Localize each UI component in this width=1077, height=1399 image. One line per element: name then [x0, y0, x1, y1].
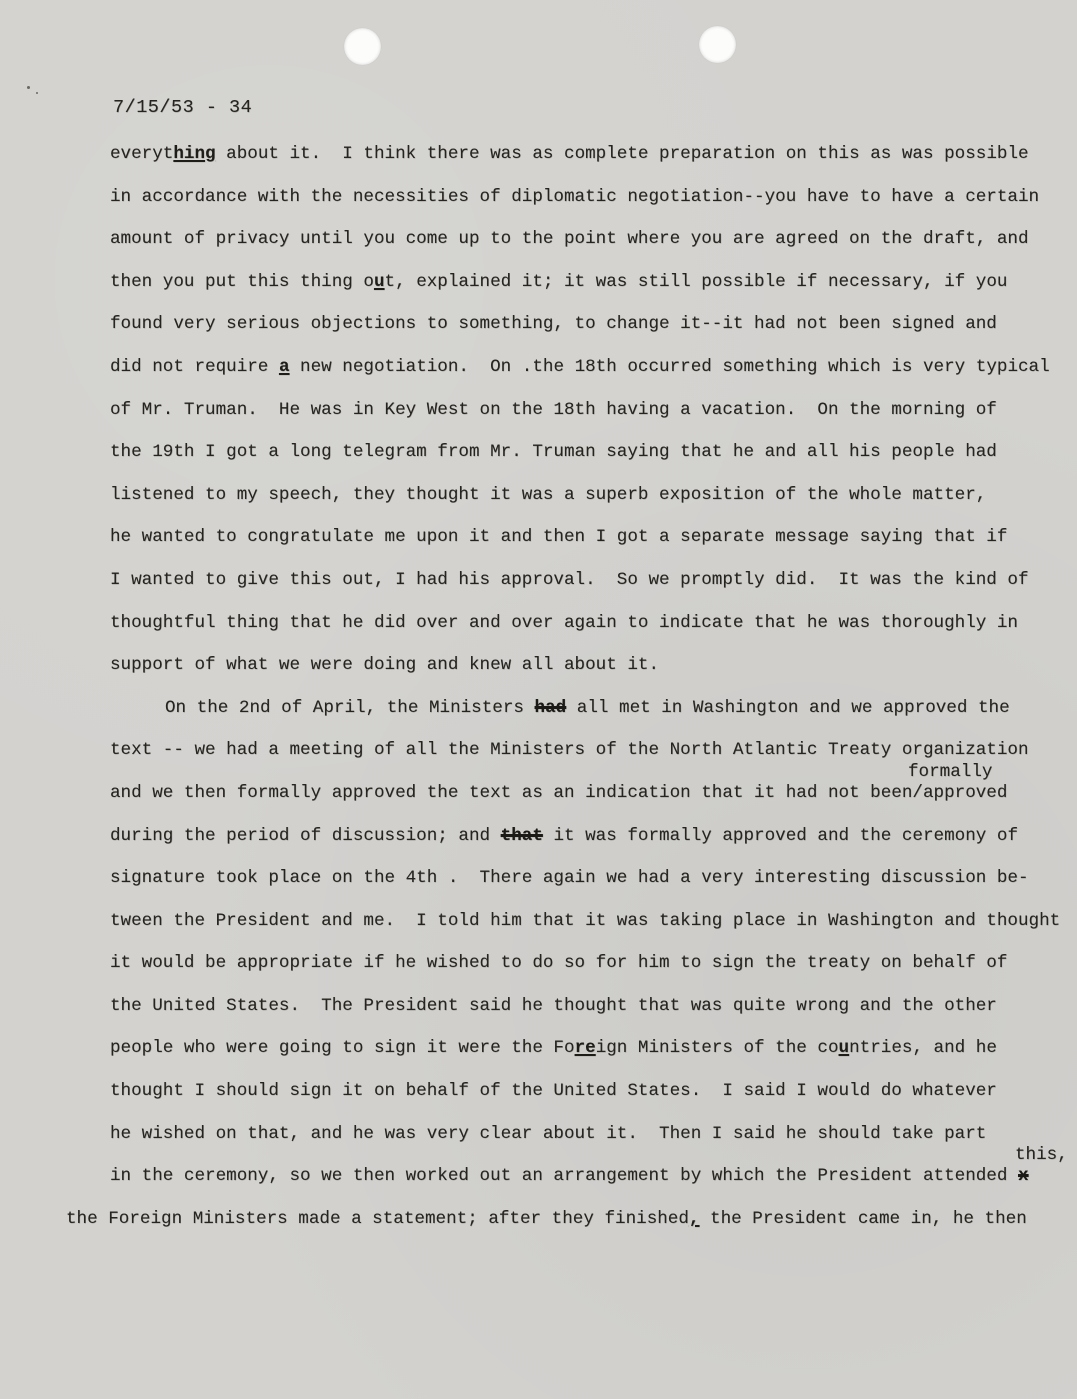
typed-text: people who were going to sign it were th…: [110, 1038, 575, 1058]
overstruck-text: hing: [173, 144, 215, 164]
text-line: then you put this thing out, explained i…: [110, 261, 1070, 304]
typed-text: all met in Washington and we approved th…: [566, 698, 1009, 718]
text-line: thought I should sign it on behalf of th…: [110, 1070, 1070, 1113]
struck-out-text: had: [535, 698, 567, 718]
overstruck-text: a: [279, 357, 290, 377]
typed-text: in accordance with the necessities of di…: [110, 187, 1039, 207]
text-line: amount of privacy until you come up to t…: [110, 218, 1070, 261]
typed-text: ign Ministers of the co: [596, 1038, 839, 1058]
typed-text: I wanted to give this out, I had his app…: [110, 570, 1029, 590]
paper-speck: [27, 86, 30, 89]
text-line: thoughtful thing that he did over and ov…: [110, 602, 1070, 645]
typed-text: t, explained it; it was still possible i…: [385, 272, 1008, 292]
punch-hole: [699, 26, 736, 63]
punch-hole: [344, 28, 381, 65]
text-line: in accordance with the necessities of di…: [110, 176, 1070, 219]
overstruck-text: ,: [689, 1209, 700, 1229]
typed-text: and we then formally approved the text a…: [110, 783, 1007, 803]
typed-text: support of what we were doing and knew a…: [110, 655, 659, 675]
typed-text: the United States. The President said he…: [110, 996, 997, 1016]
document-page: 7/15/53 - 34 everything about it. I thin…: [0, 0, 1077, 1399]
typed-text: the 19th I got a long telegram from Mr. …: [110, 442, 997, 462]
page-header-date-page-number: 7/15/53 - 34: [113, 97, 252, 118]
paper-speck: [36, 92, 38, 94]
struck-out-text: that: [501, 826, 543, 846]
typed-text: found very serious objections to somethi…: [110, 314, 997, 334]
typed-text: of Mr. Truman. He was in Key West on the…: [110, 400, 997, 420]
typed-text: new negotiation. On .the 18th occurred s…: [290, 357, 1050, 377]
typed-text: it would be appropriate if he wished to …: [110, 953, 1007, 973]
text-line: of Mr. Truman. He was in Key West on the…: [110, 389, 1070, 432]
typed-text: signature took place on the 4th . There …: [110, 868, 1029, 888]
typed-text: he wanted to congratulate me upon it and…: [110, 527, 1007, 547]
text-line: signature took place on the 4th . There …: [110, 857, 1070, 900]
text-line: found very serious objections to somethi…: [110, 303, 1070, 346]
typed-text: On the 2nd of April, the Ministers: [165, 698, 535, 718]
typed-text: then you put this thing o: [110, 272, 374, 292]
document-body: everything about it. I think there was a…: [110, 133, 1070, 1240]
overstruck-text: u: [839, 1038, 850, 1058]
overstruck-text: re: [575, 1038, 596, 1058]
text-line: in the ceremony, so we then worked out a…: [110, 1155, 1070, 1198]
typed-text: text -- we had a meeting of all the Mini…: [110, 740, 1029, 760]
typed-text: listened to my speech, they thought it w…: [110, 485, 986, 505]
text-line: listened to my speech, they thought it w…: [110, 474, 1070, 517]
typed-text: it was formally approved and the ceremon…: [543, 826, 1018, 846]
text-line: everything about it. I think there was a…: [110, 133, 1070, 176]
typed-text: thought I should sign it on behalf of th…: [110, 1081, 997, 1101]
typed-text: the Foreign Ministers made a statement; …: [66, 1209, 689, 1229]
text-line: the Foreign Ministers made a statement; …: [66, 1198, 1070, 1241]
text-line: people who were going to sign it were th…: [110, 1027, 1070, 1070]
text-line: tween the President and me. I told him t…: [110, 900, 1070, 943]
text-line: he wished on that, and he was very clear…: [110, 1113, 1070, 1156]
typed-text: thoughtful thing that he did over and ov…: [110, 613, 1018, 633]
typed-text: about it. I think there was as complete …: [216, 144, 1029, 164]
typed-text: tween the President and me. I told him t…: [110, 911, 1060, 931]
text-line: he wanted to congratulate me upon it and…: [110, 516, 1070, 559]
typed-text: he wished on that, and he was very clear…: [110, 1124, 986, 1144]
typed-text: formally: [908, 762, 992, 782]
text-line: support of what we were doing and knew a…: [110, 644, 1070, 687]
typed-text: did not require: [110, 357, 279, 377]
typed-text: the President came in, he then: [699, 1209, 1026, 1229]
typed-text: this,: [1015, 1145, 1068, 1165]
text-line: the United States. The President said he…: [110, 985, 1070, 1028]
overstruck-text: u: [374, 272, 385, 292]
typed-text: ntries, and he: [849, 1038, 997, 1058]
text-line: the 19th I got a long telegram from Mr. …: [110, 431, 1070, 474]
typed-text: amount of privacy until you come up to t…: [110, 229, 1029, 249]
text-line: it would be appropriate if he wished to …: [110, 942, 1070, 985]
text-line: during the period of discussion; and tha…: [110, 815, 1070, 858]
typed-text: in the ceremony, so we then worked out a…: [110, 1166, 1018, 1186]
typed-text: everyt: [110, 144, 173, 164]
text-line: On the 2nd of April, the Ministers had a…: [110, 687, 1070, 730]
text-line: I wanted to give this out, I had his app…: [110, 559, 1070, 602]
struck-out-text: x: [1018, 1166, 1029, 1186]
typed-text: during the period of discussion; and: [110, 826, 501, 846]
text-line: did not require a new negotiation. On .t…: [110, 346, 1070, 389]
